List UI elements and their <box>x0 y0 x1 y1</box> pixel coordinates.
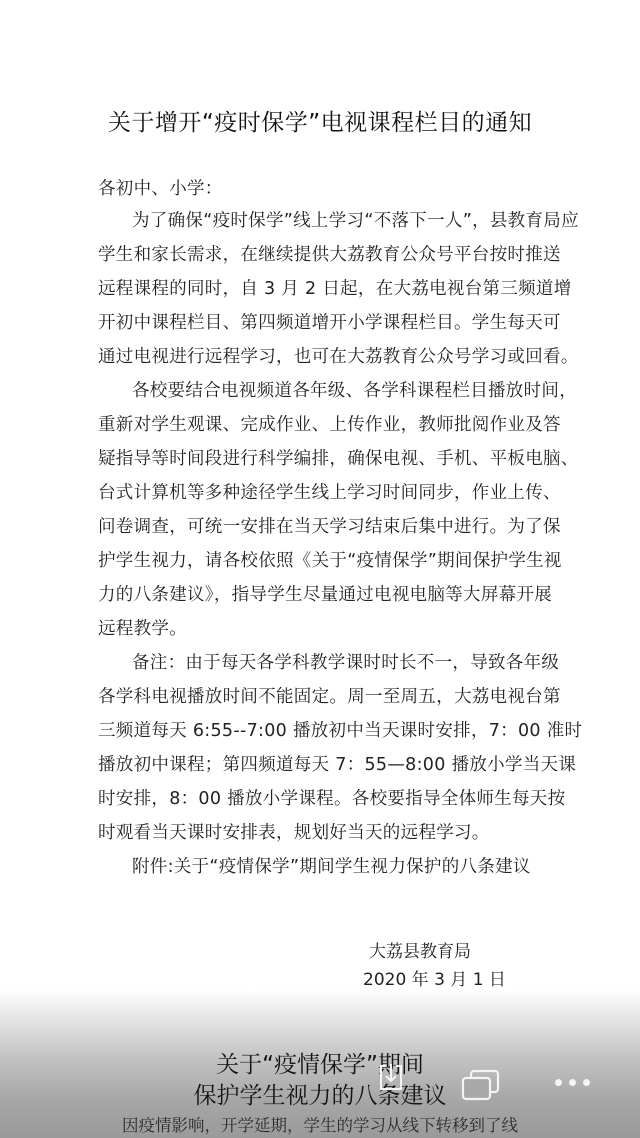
notice-title: 关于增开“疫时保学”电视课程栏目的通知 <box>0 104 640 137</box>
body-line: 护学生视力，请各校依照《关于“疫情保学”期间保护学生视 <box>98 550 562 572</box>
issuer: 大荔县教育局 <box>369 937 471 962</box>
body-line: 台式计算机等多种途径学生线上学习时间同步，作业上传、 <box>98 482 561 504</box>
save-download-icon[interactable] <box>378 1062 404 1092</box>
body-line: 重新对学生观课、完成作业、上传作业，教师批阅作业及答 <box>98 414 561 436</box>
body-line: 为了确保“疫时保学”线上学习“不落下一人”，县教育局应 <box>132 210 579 232</box>
body-line: 各校要结合电视频道各年级、各学科课程栏目播放时间， <box>132 380 577 402</box>
document-image-viewer[interactable]: 关于增开“疫时保学”电视课程栏目的通知 各初中、小学： 为了确保“疫时保学”线上… <box>0 0 640 1138</box>
issue-date: 2020 年 3 月 1 日 <box>363 965 506 990</box>
next-page-title-line1: 关于“疫情保学”期间 <box>0 1046 640 1079</box>
body-line: 开初中课程栏目、第四频道增开小学课程栏目。学生每天可 <box>98 312 561 334</box>
body-line: 附件:关于“疫情保学”期间学生视力保护的八条建议 <box>132 856 531 878</box>
body-line: 三频道每天 6:55--7:00 播放初中当天课时安排，7：00 准时 <box>98 720 582 742</box>
body-line: 远程教学。 <box>98 618 187 640</box>
body-line: 通过电视进行远程学习，也可在大荔教育公众号学习或回看。 <box>98 346 579 368</box>
body-line: 远程课程的同时，自 3 月 2 日起，在大荔电视台第三频道增 <box>98 278 572 300</box>
salutation: 各初中、小学： <box>98 178 223 200</box>
body-line: 时安排，8：00 播放小学课程。各校要指导全体师生每天按 <box>98 788 565 810</box>
body-line: 疑指导等时间段进行科学编排，确保电视、手机、平板电脑、 <box>98 448 579 470</box>
more-options-icon[interactable] <box>553 1076 593 1090</box>
body-line: 时观看当天课时安排表，规划好当天的远程学习。 <box>98 822 490 844</box>
body-line: 播放初中课程；第四频道每天 7：55—8:00 播放小学当天课 <box>98 754 576 776</box>
next-page-subtitle: 因疫情影响，开学延期，学生的学习从线下转移到了线 <box>0 1112 640 1136</box>
multi-window-icon[interactable] <box>461 1069 501 1101</box>
body-line: 力的八条建议》，指导学生尽量通过电视电脑等大屏幕开展 <box>98 584 552 606</box>
body-line: 学生和家长需求，在继续提供大荔教育公众号平台按时推送 <box>98 244 561 266</box>
next-page-title-line2: 保护学生视力的八条建议 <box>0 1077 640 1110</box>
body-line: 问卷调查，可统一安排在当天学习结束后集中进行。为了保 <box>98 516 561 538</box>
body-line: 备注：由于每天各学科教学课时时长不一，导致各年级 <box>132 652 559 674</box>
body-line: 各学科电视播放时间不能固定。周一至周五，大荔电视台第 <box>98 686 561 708</box>
